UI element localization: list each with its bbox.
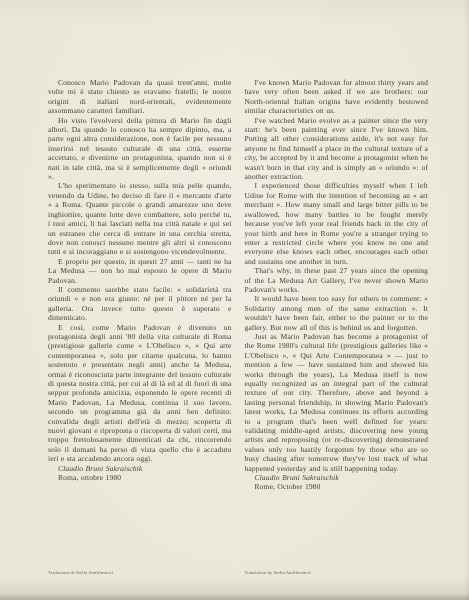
en-signature: Claudio Bruni Sakraischik (245, 473, 429, 482)
it-dateline: Roma, ottobre 1980 (48, 473, 232, 482)
it-paragraph-2: Ho visto l'evolversi della pittura di Ma… (48, 116, 232, 182)
en-paragraph-2: I've watched Mario evolve as a painter s… (245, 116, 429, 182)
en-paragraph-3: I experienced those difficulties myself … (245, 181, 429, 266)
it-translator-footnote: Traduzione di Stella Amfitheatrof (48, 570, 113, 575)
it-signature: Claudio Bruni Sakraischik (48, 464, 232, 473)
it-paragraph-6: E così, come Mario Padovan è divenuto un… (48, 323, 232, 464)
two-column-text-block: Conosco Mario Padovan da quasi trent'ann… (48, 78, 428, 600)
it-paragraph-3: L'ho sperimentato io stesso, sulla mia p… (48, 181, 232, 256)
book-page: Conosco Mario Padovan da quasi trent'ann… (0, 0, 469, 600)
en-paragraph-5: It would have been too easy for others t… (245, 294, 429, 332)
en-paragraph-4: That's why, in these past 27 years since… (245, 266, 429, 294)
scan-edge-shadow-bottom (0, 593, 469, 600)
it-paragraph-4: E proprio per questo, in questi 27 anni … (48, 257, 232, 285)
it-paragraph-1: Conosco Mario Padovan da quasi trent'ann… (48, 78, 232, 116)
english-column: I've known Mario Padovan for almost thir… (245, 78, 429, 600)
en-dateline: Rome, October 1980 (245, 482, 429, 491)
scan-edge-shadow-right (464, 0, 469, 600)
en-translator-footnote: Translation by Stella Amfitheatrof (245, 570, 311, 575)
en-paragraph-6: Just as Mario Padovan has become a prota… (245, 332, 429, 473)
italian-column: Conosco Mario Padovan da quasi trent'ann… (48, 78, 232, 600)
it-paragraph-5: Il commento sarebbe stato facile: « soli… (48, 285, 232, 323)
en-paragraph-1: I've known Mario Padovan for almost thir… (245, 78, 429, 116)
